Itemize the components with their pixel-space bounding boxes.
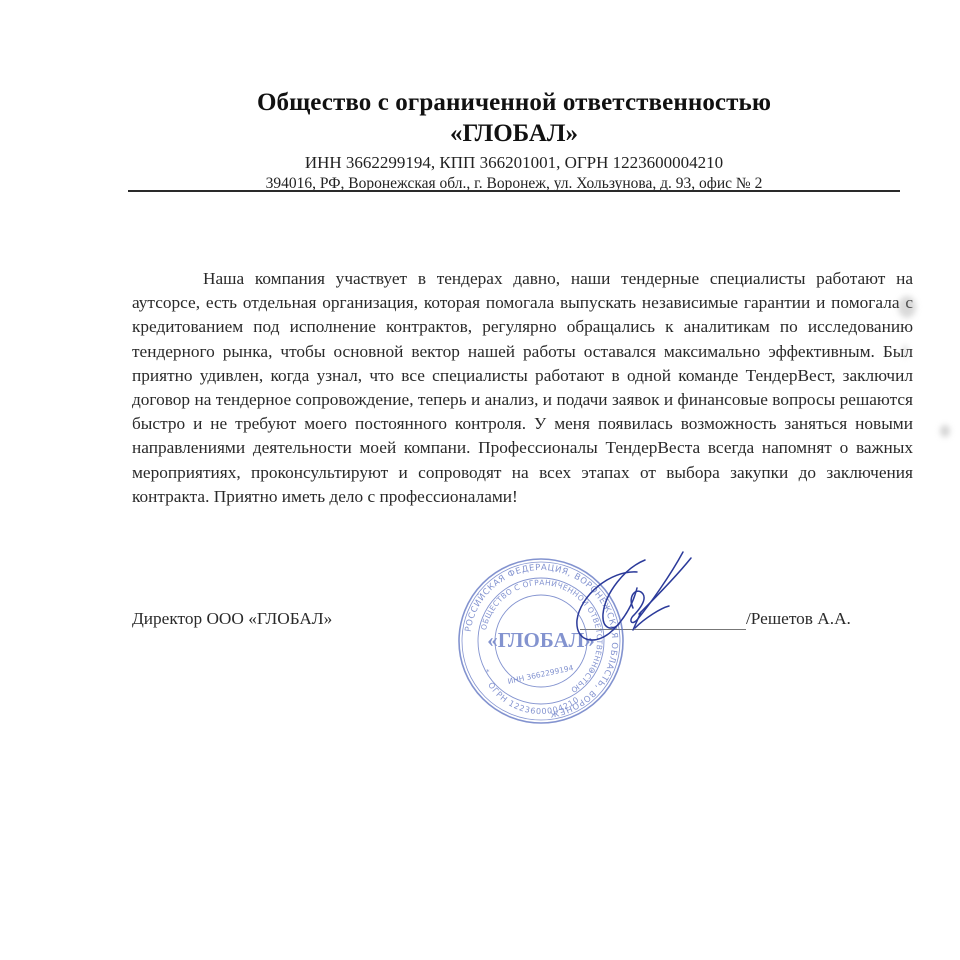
company-registration-ids: ИНН 3662299194, КПП 366201001, ОГРН 1223…	[128, 152, 900, 174]
letterhead-title: Общество с ограниченной ответственностью	[128, 88, 900, 118]
scan-smudge	[940, 425, 950, 437]
letter-body-paragraph: Наша компания участвует в тендерах давно…	[132, 267, 913, 509]
letterhead-divider	[128, 190, 900, 192]
signatory-role: Директор ООО «ГЛОБАЛ»	[132, 608, 332, 630]
document-page: Общество с ограниченной ответственностью…	[0, 0, 960, 960]
svg-text:*: *	[486, 668, 490, 676]
stamp-inn-text: ИНН 3662299194	[507, 663, 575, 686]
company-name: «ГЛОБАЛ»	[128, 118, 900, 150]
scan-smudge	[898, 296, 916, 318]
letterhead: Общество с ограниченной ответственностью…	[128, 88, 900, 194]
svg-text:*: *	[590, 668, 594, 676]
signatory-name: /Решетов А.А.	[746, 608, 851, 630]
handwritten-signature-icon	[575, 548, 725, 658]
scan-smudge	[903, 345, 907, 357]
